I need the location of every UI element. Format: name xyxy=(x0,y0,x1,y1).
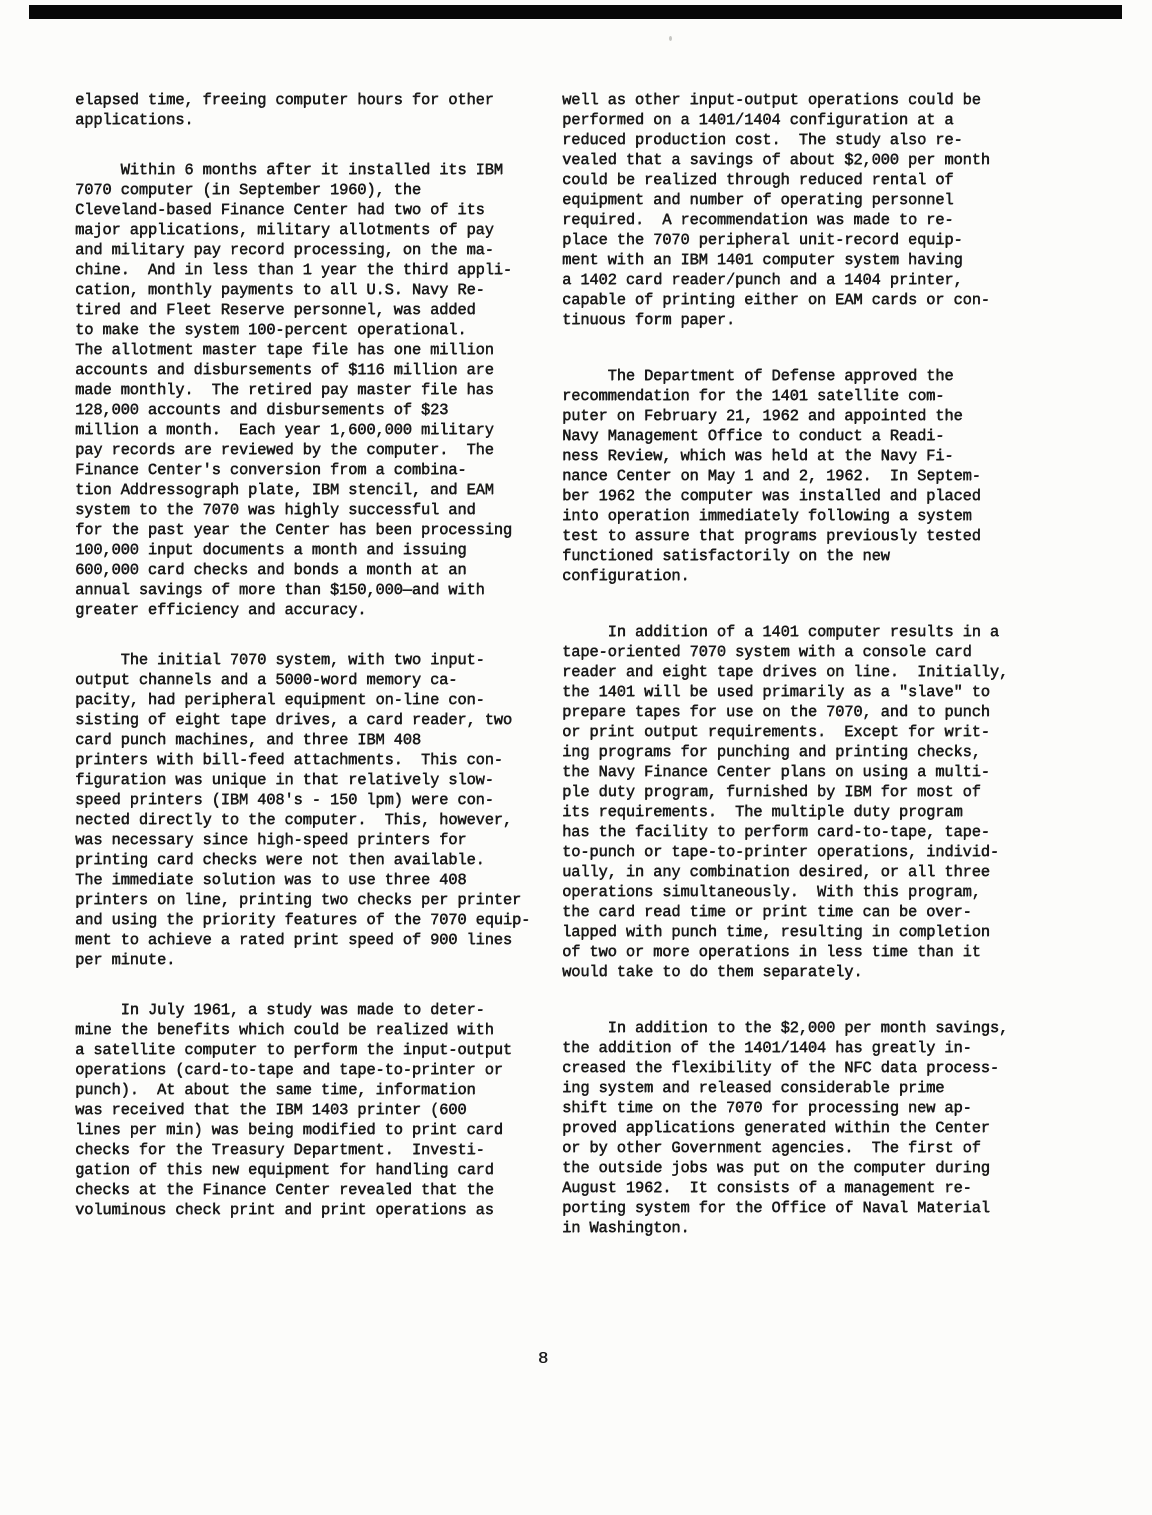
paragraph-left-3: The initial 7070 system, with two input-… xyxy=(75,650,537,970)
paragraph-left-1: elapsed time, freeing computer hours for… xyxy=(75,90,537,130)
scan-speck xyxy=(669,36,672,41)
paragraph-right-3: In addition of a 1401 computer results i… xyxy=(562,622,1024,982)
paragraph-left-2: Within 6 months after it installed its I… xyxy=(75,160,537,620)
paragraph-left-4: In July 1961, a study was made to deter-… xyxy=(75,1000,537,1220)
paragraph-right-1: well as other input-output operations co… xyxy=(562,90,1024,330)
right-column: well as other input-output operations co… xyxy=(562,90,1024,1274)
page-number: 8 xyxy=(0,1350,1086,1370)
scan-artifact-bar xyxy=(29,5,1122,19)
paragraph-right-2: The Department of Defense approved the r… xyxy=(562,366,1024,586)
left-column: elapsed time, freeing computer hours for… xyxy=(75,90,537,1250)
document-page: elapsed time, freeing computer hours for… xyxy=(0,0,1152,1515)
paragraph-right-4: In addition to the $2,000 per month savi… xyxy=(562,1018,1024,1238)
